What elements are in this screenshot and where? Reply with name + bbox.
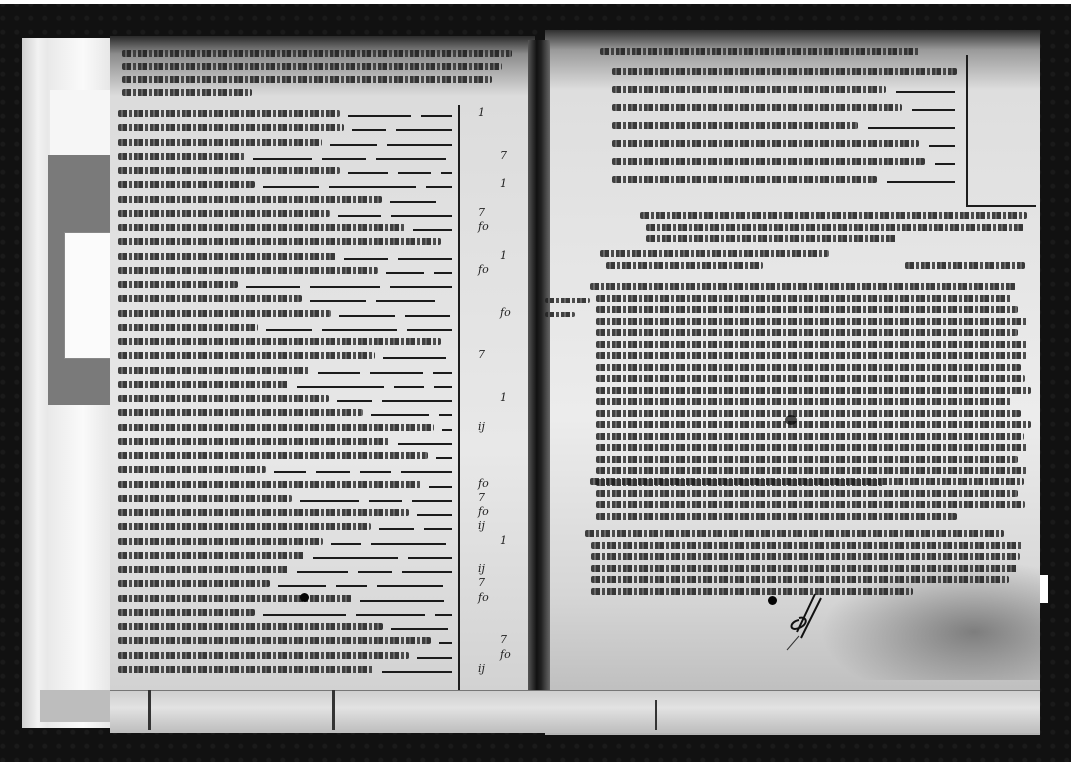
fill-line <box>439 414 452 416</box>
tally-mark: 1 <box>500 391 507 404</box>
inventory-entry-text <box>118 495 292 502</box>
paragraph-text-line <box>596 513 957 520</box>
inventory-entry-text <box>118 124 344 131</box>
fill-line <box>313 557 398 559</box>
ledger-entry-text <box>612 176 877 183</box>
fill-line <box>376 158 446 160</box>
paragraph-text-line <box>596 295 1012 302</box>
paragraph-text-line <box>596 456 1018 463</box>
paragraph-text-line <box>590 283 1016 290</box>
fill-line <box>429 486 452 488</box>
inventory-entry-text <box>118 167 340 174</box>
fill-line <box>253 158 312 160</box>
inventory-entry-text <box>118 466 266 473</box>
fill-line <box>377 585 443 587</box>
fill-line <box>935 163 955 165</box>
tally-mark: fo <box>478 263 489 276</box>
ledger-box-rule <box>966 55 968 205</box>
fill-line <box>424 528 452 530</box>
fill-line <box>390 286 452 288</box>
paragraph-text-line <box>585 530 1004 537</box>
fill-line <box>382 671 452 673</box>
ledger-entry-text <box>612 86 886 93</box>
paragraph-text-line <box>596 433 1024 440</box>
fill-line <box>912 109 955 111</box>
paper-repair-patch <box>64 232 112 359</box>
inventory-entry-text <box>118 580 270 587</box>
inventory-entry-text <box>118 367 310 374</box>
ink-blot <box>300 593 309 602</box>
fill-line <box>322 158 366 160</box>
inventory-entry-text <box>118 552 305 559</box>
paragraph-text-line <box>596 352 1027 359</box>
inventory-entry-text <box>118 452 428 459</box>
inventory-entry-text <box>118 324 258 331</box>
fill-line <box>412 500 452 502</box>
fill-line <box>434 386 452 388</box>
header-text-line <box>122 89 252 96</box>
inventory-entry-text <box>118 637 431 644</box>
fill-line <box>434 272 452 274</box>
inventory-entry-text <box>118 267 378 274</box>
header-text-line <box>600 48 920 55</box>
fill-line <box>360 471 391 473</box>
fill-line <box>396 129 452 131</box>
paragraph-text-line <box>591 576 1009 583</box>
fill-line <box>433 372 452 374</box>
inventory-entry-text <box>118 210 330 217</box>
crease <box>332 690 335 730</box>
inventory-entry-text <box>118 381 289 388</box>
fill-line <box>442 429 452 431</box>
fill-line <box>379 528 414 530</box>
inventory-entry-text <box>118 153 245 160</box>
tally-mark: 1 <box>478 106 485 119</box>
inventory-entry-text <box>118 295 302 302</box>
fill-line <box>391 628 448 630</box>
tally-mark: 7 <box>500 149 507 162</box>
fill-line <box>316 471 350 473</box>
header-text-line <box>122 76 492 83</box>
tally-mark: ij <box>478 519 485 532</box>
tally-mark: fo <box>478 477 489 490</box>
fill-line <box>329 186 416 188</box>
tally-mark: ij <box>478 420 485 433</box>
crease <box>655 700 657 730</box>
inventory-entry-text <box>118 110 340 117</box>
inventory-entry-text <box>118 281 238 288</box>
fill-line <box>358 571 392 573</box>
fill-line <box>266 329 312 331</box>
tally-mark: fo <box>478 505 489 518</box>
header-text-line <box>122 63 502 70</box>
inventory-entry-text <box>118 224 405 231</box>
fill-line <box>297 386 384 388</box>
inventory-entry-text <box>118 523 371 530</box>
paragraph-text-line <box>596 410 1021 417</box>
ledger-entry-text <box>612 104 902 111</box>
fill-line <box>330 144 377 146</box>
inventory-entry-text <box>118 509 409 516</box>
fill-line <box>868 127 955 129</box>
fill-line <box>408 557 452 559</box>
fill-line <box>310 300 366 302</box>
tally-mark: fo <box>500 306 511 319</box>
tally-mark: fo <box>500 648 511 661</box>
fill-line <box>300 500 359 502</box>
fill-line <box>398 258 452 260</box>
fill-line <box>246 286 300 288</box>
fill-line <box>371 414 429 416</box>
ledger-entry-text <box>612 140 919 147</box>
inventory-entry-text <box>118 196 382 203</box>
fill-line <box>929 145 955 147</box>
fill-line <box>382 400 452 402</box>
inventory-entry-text <box>118 181 255 188</box>
inventory-entry-text <box>118 609 255 616</box>
paragraph-text-line <box>596 341 1028 348</box>
inventory-entry-text <box>118 139 322 146</box>
paragraph-text-line <box>596 387 1031 394</box>
fill-line <box>278 585 326 587</box>
inventory-entry-text <box>118 623 383 630</box>
tally-mark: ij <box>478 562 485 575</box>
fill-line <box>436 457 452 459</box>
inventory-entry-text <box>118 438 390 445</box>
inventory-entry-text <box>118 595 352 602</box>
scan-border-top <box>0 0 1071 4</box>
fill-line <box>435 614 452 616</box>
fill-line <box>387 144 452 146</box>
fill-line <box>274 471 306 473</box>
fill-line <box>369 500 402 502</box>
binding-spine <box>528 40 550 730</box>
ledger-entry-text <box>612 122 858 129</box>
paragraph-text-line <box>596 329 1018 336</box>
fill-line <box>348 115 411 117</box>
paragraph-text-line <box>596 318 1028 325</box>
paragraph-text-line <box>596 467 1027 474</box>
paragraph-text-line <box>591 553 1020 560</box>
tally-mark: ij <box>478 662 485 675</box>
fill-line <box>348 172 388 174</box>
inventory-entry-text <box>118 409 363 416</box>
fill-line <box>322 329 397 331</box>
fill-line <box>310 286 380 288</box>
ink-blot <box>785 415 797 425</box>
inventory-entry-text <box>118 538 323 545</box>
ledger-box-bottom <box>966 205 1036 207</box>
tally-mark: 1 <box>500 249 507 262</box>
crease <box>148 690 151 730</box>
inventory-entry-text <box>118 238 441 245</box>
fill-line <box>339 315 395 317</box>
fill-line <box>421 115 452 117</box>
fill-line <box>391 215 452 217</box>
inventory-entry-text <box>118 253 336 260</box>
inventory-entry-text <box>118 338 441 345</box>
fill-line <box>417 514 452 516</box>
tally-mark: 7 <box>478 206 485 219</box>
paragraph-text-line <box>596 306 1018 313</box>
fill-line <box>370 372 423 374</box>
fill-line <box>337 400 372 402</box>
fill-line <box>896 91 955 93</box>
inventory-entry-text <box>118 310 331 317</box>
fill-line <box>338 215 381 217</box>
paragraph-text-line <box>606 262 763 269</box>
inventory-entry-text <box>118 424 434 431</box>
paragraph-text-line <box>596 501 1025 508</box>
fill-line <box>376 300 435 302</box>
paragraph-text-line <box>596 444 1028 451</box>
fill-line <box>344 258 388 260</box>
fill-line <box>297 571 348 573</box>
edge-tab <box>1040 575 1048 603</box>
header-text-line <box>122 50 512 57</box>
tally-mark: fo <box>478 591 489 604</box>
fill-line <box>407 329 452 331</box>
tally-mark: 1 <box>500 177 507 190</box>
ledger-entry-text <box>612 158 925 165</box>
inventory-entry-text <box>118 481 421 488</box>
tally-mark: 7 <box>500 633 507 646</box>
scan-border-bottom <box>0 762 1071 767</box>
paragraph-text-line <box>596 375 1025 382</box>
inventory-entry-text <box>118 652 409 659</box>
fill-line <box>887 181 955 183</box>
fill-line <box>263 614 346 616</box>
fill-line <box>405 315 450 317</box>
inventory-entry-text <box>118 566 289 573</box>
fill-line <box>413 229 452 231</box>
paragraph-text-line <box>596 490 1018 497</box>
tally-mark: fo <box>478 220 489 233</box>
fill-line <box>439 642 452 644</box>
ink-blot <box>768 596 777 605</box>
fill-line <box>352 129 386 131</box>
fill-line <box>336 585 367 587</box>
fill-line <box>394 386 424 388</box>
fill-line <box>401 471 452 473</box>
tally-mark: 7 <box>478 348 485 361</box>
paragraph-text-line <box>590 478 1024 485</box>
margin-note-text <box>545 298 590 303</box>
fill-line <box>441 172 452 174</box>
fill-line <box>356 614 425 616</box>
left-margin-rule <box>458 105 460 690</box>
paragraph-text-line <box>591 588 913 595</box>
paragraph-text-line <box>646 235 897 242</box>
fill-line <box>417 657 452 659</box>
fill-line <box>318 372 360 374</box>
fill-line <box>263 186 319 188</box>
inventory-entry-text <box>118 395 329 402</box>
ledger-entry-text <box>612 68 957 75</box>
tally-mark: 1 <box>500 534 507 547</box>
paragraph-text-line <box>646 224 1024 231</box>
tally-mark: 7 <box>478 576 485 589</box>
margin-note-text <box>545 312 575 317</box>
fill-line <box>383 357 446 359</box>
paragraph-text-line <box>640 212 1027 219</box>
right-note-text <box>905 262 1025 269</box>
signature-rubric-icon <box>785 592 825 652</box>
bottom-fold <box>110 690 1040 733</box>
fill-line <box>398 172 431 174</box>
fill-line <box>360 600 444 602</box>
paragraph-text-line <box>591 542 1023 549</box>
paragraph-text-line <box>600 250 829 257</box>
paragraph-text-line <box>596 364 1021 371</box>
fill-line <box>390 201 436 203</box>
paragraph-text-line <box>596 421 1031 428</box>
fill-line <box>426 186 452 188</box>
tally-mark: 7 <box>478 491 485 504</box>
fill-line <box>386 272 424 274</box>
fill-line <box>371 543 446 545</box>
paragraph-text-line <box>591 565 1018 572</box>
fill-line <box>402 571 452 573</box>
inventory-entry-text <box>118 666 374 673</box>
paragraph-text-line <box>596 398 1012 405</box>
inventory-entry-text <box>118 352 375 359</box>
fill-line <box>398 443 452 445</box>
fill-line <box>331 543 361 545</box>
